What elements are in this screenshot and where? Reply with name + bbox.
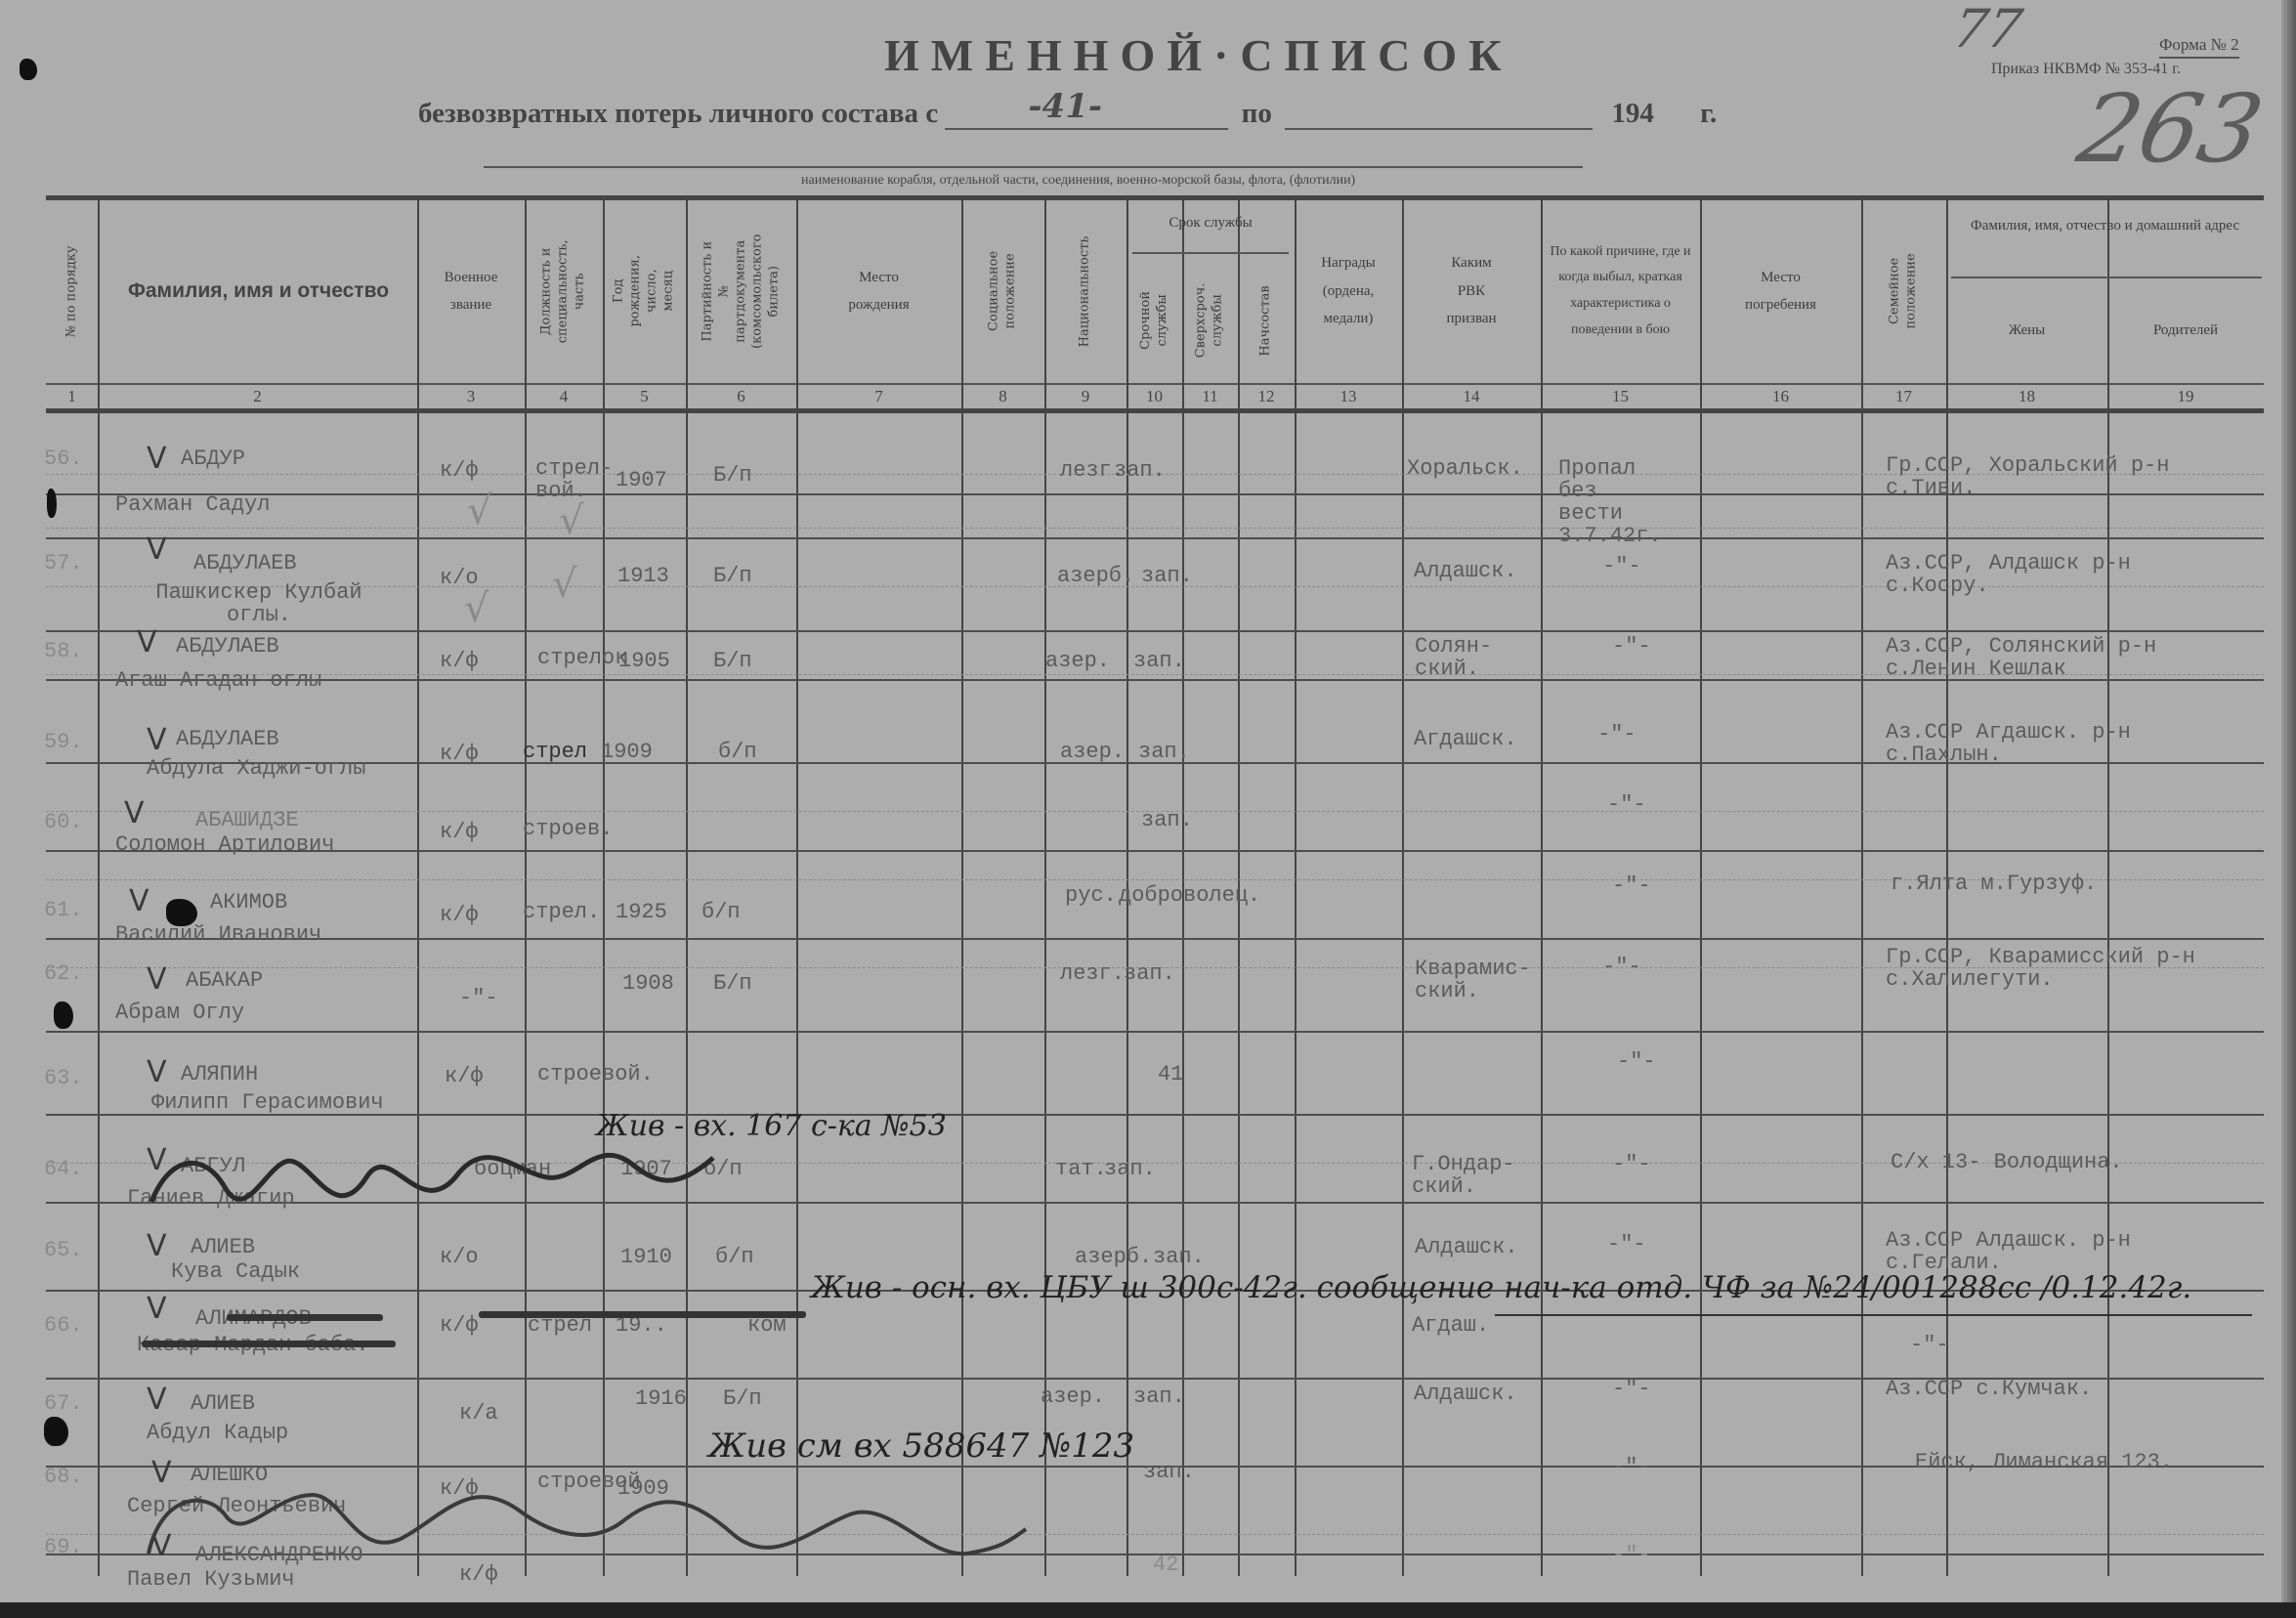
service: зап. xyxy=(1141,565,1193,587)
col-header-nationality: Национальность xyxy=(1044,200,1127,382)
rank: к/а xyxy=(459,1402,498,1425)
col-number: 3 xyxy=(417,387,525,408)
given-names: Пашкискер Кулбай оглы. xyxy=(127,581,391,626)
strikethrough xyxy=(142,1341,396,1347)
col-number: 5 xyxy=(603,387,686,408)
position: стрел-вой. xyxy=(535,457,604,502)
col-number: 11 xyxy=(1182,387,1238,408)
row-number: 68. xyxy=(44,1466,83,1488)
checkmark-icon: V xyxy=(147,1383,167,1417)
position: стрел. xyxy=(523,901,600,923)
nationality: тат. xyxy=(1055,1158,1107,1180)
given-names: Абдула Хаджи-оглы xyxy=(147,757,365,780)
position: строевой. xyxy=(537,1063,591,1086)
rvk: Хоральск. xyxy=(1407,457,1523,480)
handwritten-note: Жив - осн. вх. ЦБУ ш 300с-42г. сообщение… xyxy=(811,1270,2191,1305)
reason: -"- xyxy=(1612,1456,1651,1478)
surname: АБАШИДЗЕ xyxy=(195,809,299,831)
surname: АБДУЛАЕВ xyxy=(176,728,279,750)
checkmark-icon: V xyxy=(124,796,145,830)
reason: -"- xyxy=(1612,874,1651,897)
header-bottom-rule xyxy=(46,408,2264,413)
date-to-field xyxy=(1285,101,1593,130)
service: 42 xyxy=(1153,1554,1178,1576)
rank: к/ф xyxy=(445,1065,484,1087)
party: Б/п xyxy=(723,1387,762,1410)
handwritten-note: Жив - вх. 167 с-ка №53 xyxy=(596,1109,947,1143)
strikethrough xyxy=(479,1311,806,1318)
col-header-birthplace: Место рождения xyxy=(796,200,961,382)
checkmark-icon: V xyxy=(151,1529,172,1563)
position: строев. xyxy=(523,818,613,840)
address-group-label: Фамилия, имя, отчество и домашний адрес xyxy=(1946,211,2264,240)
row-number: 59. xyxy=(44,731,83,753)
col-header-regular-service: Срочной службы xyxy=(1127,259,1182,382)
checkmark-icon: V xyxy=(147,962,167,997)
document-title: ИМЕННОЙ·СПИСОК xyxy=(884,29,1512,81)
given-names: Кува Садык xyxy=(171,1260,300,1283)
subtitle-to: по xyxy=(1242,98,1272,129)
birth-year: 1913 xyxy=(617,565,669,587)
archive-stamp-number: 263 xyxy=(2069,74,2272,184)
wife-address: Ейск, Лиманская 123. xyxy=(1915,1451,2173,1473)
nationality: азер. xyxy=(1045,650,1110,672)
checkmark-icon: V xyxy=(147,532,167,567)
checkmark-icon: V xyxy=(147,1229,167,1263)
service: зап. xyxy=(1133,1385,1185,1408)
party: б/п xyxy=(715,1246,754,1268)
position: стрел xyxy=(523,741,587,763)
birth-year: 1910 xyxy=(620,1246,672,1268)
subtitle-prefix: безвозвратных потерь личного состава с xyxy=(418,98,938,129)
rank: к/ф xyxy=(440,743,479,765)
service: зап. xyxy=(1138,741,1190,763)
rank: к/ф xyxy=(440,821,479,843)
col-header-wife: Жены xyxy=(1946,278,2107,382)
year-prefix: 194 xyxy=(1611,98,1654,129)
col-header-rvk: Каким РВК призван xyxy=(1402,200,1541,382)
row-number: 66. xyxy=(44,1314,83,1337)
reason: -"- xyxy=(1602,956,1641,978)
service-term-group-label: Срок службы xyxy=(1127,215,1295,232)
col-header-birth: Год рождения, число, месяц xyxy=(603,200,686,382)
row-number: 56. xyxy=(44,447,83,470)
surname: АЛИЕВ xyxy=(191,1392,255,1415)
col-header-name: Фамилия, имя и отчество xyxy=(105,200,412,382)
reason: -"- xyxy=(1597,723,1637,745)
service: 41 xyxy=(1158,1063,1183,1086)
checkmark-icon: √ xyxy=(552,562,577,607)
surname: АЛЕКСАНДРЕНКО xyxy=(195,1544,363,1566)
rvk: Солян-ский. xyxy=(1415,635,1483,680)
underline xyxy=(1495,1314,2252,1316)
reason: -"- xyxy=(1612,1153,1651,1175)
wife-address: Аз.ССР, Алдашск р-н с.Косру. xyxy=(1886,552,2198,597)
row-number: 67. xyxy=(44,1392,83,1415)
ink-stain xyxy=(166,899,197,926)
col-number: 8 xyxy=(961,387,1044,408)
reason: -"- xyxy=(1612,1378,1651,1400)
col-header-social: Социальное положение xyxy=(961,200,1044,382)
nationality: азерб. xyxy=(1057,565,1134,587)
reason: -"- xyxy=(1612,635,1651,658)
row-number: 69. xyxy=(44,1536,83,1558)
header-number-rule xyxy=(46,383,2264,385)
service: зап. xyxy=(1153,1246,1205,1268)
col-number: 13 xyxy=(1295,387,1402,408)
document-sheet: 77 263 Форма № 2 Приказ НКВМФ № 353-41 г… xyxy=(0,0,2286,1602)
party: Б/п xyxy=(713,464,752,487)
col-header-command-staff: Начсостав xyxy=(1238,259,1295,382)
party: Б/п xyxy=(713,972,752,995)
row-number: 57. xyxy=(44,552,83,575)
wife-address: г.Ялта м.Гурзуф. xyxy=(1891,873,2097,895)
checkmark-icon: V xyxy=(147,723,167,757)
unit-name-line xyxy=(484,166,1583,168)
surname: АЛИЕВ xyxy=(191,1236,255,1258)
checkmark-icon: √ xyxy=(464,586,489,631)
checkmark-icon: V xyxy=(129,884,149,918)
nationality: рус. xyxy=(1065,884,1117,907)
given-names: Рахман Садул xyxy=(115,493,270,516)
col-number: 1 xyxy=(46,387,98,408)
wife-address: -"- xyxy=(1910,1334,1949,1356)
col-number: 17 xyxy=(1861,387,1946,408)
nationality: азер. xyxy=(1041,1385,1105,1408)
reason: -"- xyxy=(1617,1050,1656,1073)
document-subtitle: безвозвратных потерь личного состава с -… xyxy=(418,98,1717,130)
col-number: 14 xyxy=(1402,387,1541,408)
col-number: 18 xyxy=(1946,387,2107,408)
birth-year: 1907 xyxy=(616,469,667,491)
col-header-family: Семейное положение xyxy=(1861,200,1946,382)
ink-stain xyxy=(20,59,37,80)
nationality: азерб. xyxy=(1075,1246,1152,1268)
given-names: Филипп Герасимович xyxy=(151,1091,384,1114)
given-names: Абдул Кадыр xyxy=(147,1422,288,1444)
strikethrough xyxy=(227,1314,383,1321)
rvk: Алдашск. xyxy=(1415,1236,1518,1258)
checkmark-icon: V xyxy=(137,625,157,660)
reason: -"- xyxy=(1602,555,1641,577)
party: б/п xyxy=(718,741,757,763)
col-header-reason: По какой причине, где и когда выбыл, кра… xyxy=(1541,200,1700,382)
position: стрелок xyxy=(537,647,596,669)
wife-address: Аз.ССР, Солянский р-н с.Ленин Кешлак xyxy=(1886,635,2198,680)
order-reference: Приказ НКВМФ № 353-41 г. xyxy=(1991,61,2181,78)
col-header-extended-service: Сверхсроч. службы xyxy=(1182,259,1238,382)
rank: к/ф xyxy=(459,1563,498,1586)
given-names: Василий Иванович xyxy=(115,923,321,946)
party: б/п xyxy=(702,901,741,923)
birth-year: 1925 xyxy=(616,901,667,923)
col-number: 4 xyxy=(525,387,603,408)
reason: -"- xyxy=(1607,1233,1646,1256)
ink-stain xyxy=(44,1417,68,1446)
rvk: Алдашск. xyxy=(1414,1383,1517,1405)
row-number: 61. xyxy=(44,899,83,921)
birth-year: 1908 xyxy=(622,972,674,995)
handwritten-note: Жив см вх 588647 №123 xyxy=(708,1426,1134,1466)
group-rule xyxy=(1132,252,1289,254)
party: Б/п xyxy=(713,565,752,587)
reason: Пропал без вести 3.7.42г. xyxy=(1558,457,1671,547)
wife-address: Аз.ССР Алдашск. р-н с.Гелали. xyxy=(1886,1229,2198,1274)
col-header-position: Должность и специальность, часть xyxy=(525,200,603,382)
col-header-parents: Родителей xyxy=(2107,278,2264,382)
given-names: Агаш Агадан-оглы xyxy=(115,669,321,692)
col-number: 9 xyxy=(1044,387,1127,408)
given-names: Абрам Оглу xyxy=(115,1001,244,1024)
page-edge xyxy=(2281,0,2296,1618)
checkmark-icon: V xyxy=(147,1292,167,1326)
date-from-handwritten: -41- xyxy=(1028,87,1102,126)
form-number: Форма № 2 xyxy=(2159,35,2239,59)
rank: к/о xyxy=(440,1246,479,1268)
nationality: лезг. xyxy=(1060,962,1125,985)
ink-stain xyxy=(54,1001,73,1029)
col-number: 15 xyxy=(1541,387,1700,408)
ink-stain xyxy=(47,489,57,518)
row-number: 65. xyxy=(44,1239,83,1261)
rank: к/ф xyxy=(440,1314,479,1337)
birth-year: 1905 xyxy=(618,650,670,672)
col-header-party: Партийность и № партдокумента (комсомоль… xyxy=(686,200,796,382)
rank: к/ф xyxy=(440,459,479,482)
page-edge xyxy=(0,1602,2296,1618)
service: зап. xyxy=(1114,459,1166,482)
service: зап. xyxy=(1104,1158,1156,1180)
wife-address: С/х 13- Володщина. xyxy=(1891,1151,2123,1173)
reason: -"- xyxy=(1612,1544,1651,1566)
rvk: Агдашск. xyxy=(1414,728,1517,750)
surname: АБДУЛАЕВ xyxy=(176,635,279,658)
given-names: Соломон Артилович xyxy=(115,833,334,856)
checkmark-icon: √ xyxy=(559,498,584,543)
wavy-strikethrough xyxy=(147,1133,772,1212)
service: доброволец. xyxy=(1119,884,1260,907)
col-header-awards: Награды (ордена, медали) xyxy=(1295,200,1402,382)
checkmark-icon: V xyxy=(147,442,167,476)
col-header-number: № по порядку xyxy=(46,200,98,382)
service: зап. xyxy=(1133,650,1185,672)
given-names: Павел Кузьмич xyxy=(127,1568,295,1591)
row-number: 64. xyxy=(44,1158,83,1180)
row-number: 62. xyxy=(44,962,83,985)
col-header-rank: Военное звание xyxy=(417,200,525,382)
party: Б/п xyxy=(713,650,752,672)
row-number: 58. xyxy=(44,640,83,662)
birth-year: 1909 xyxy=(601,741,653,763)
col-number: 19 xyxy=(2107,387,2264,408)
rvk: Агдаш. xyxy=(1412,1314,1489,1337)
birth-year: 1916 xyxy=(635,1387,687,1410)
surname: АКИМОВ xyxy=(210,891,287,914)
row-number: 60. xyxy=(44,811,83,833)
rank: к/ф xyxy=(440,650,479,672)
service: зап. xyxy=(1124,962,1175,985)
surname: АЛЯПИН xyxy=(181,1063,258,1086)
col-number: 2 xyxy=(98,387,417,408)
rvk: Кварамис-ский. xyxy=(1415,958,1512,1002)
col-header-burial: Место погребения xyxy=(1700,200,1861,382)
date-from-field: -41- xyxy=(945,101,1228,130)
checkmark-icon: V xyxy=(147,1055,167,1089)
rank: -"- xyxy=(459,987,498,1009)
surname: АБАКАР xyxy=(186,969,263,992)
rvk: Г.Ондар-ский. xyxy=(1412,1153,1509,1198)
wife-address: Гр.ССР, Кварамисский р-н с.Халилегути. xyxy=(1886,946,2208,991)
col-number: 6 xyxy=(686,387,796,408)
col-number: 10 xyxy=(1127,387,1182,408)
checkmark-icon: √ xyxy=(467,489,492,533)
rvk: Алдашск. xyxy=(1414,560,1517,582)
wife-address: Гр.ССР, Хоральский р-н с.Тиви. xyxy=(1886,454,2198,499)
archive-sheet-number: 77 xyxy=(1948,0,2026,60)
service: зап. xyxy=(1141,809,1193,831)
reason: -"- xyxy=(1607,793,1646,816)
year-unit: г. xyxy=(1700,98,1717,129)
surname: АБДУЛАЕВ xyxy=(193,552,297,575)
col-number: 16 xyxy=(1700,387,1861,408)
wife-address: Аз.ССР Агдашск. р-н с.Пахлын. xyxy=(1886,721,2198,766)
col-number: 7 xyxy=(796,387,961,408)
unit-caption: наименование корабля, отдельной части, с… xyxy=(801,173,1355,189)
col-number: 12 xyxy=(1238,387,1295,408)
surname: АБДУР xyxy=(181,447,245,470)
row-number: 63. xyxy=(44,1067,83,1089)
wife-address: Аз.ССР с.Кумчак. xyxy=(1886,1378,2092,1400)
nationality: азер. xyxy=(1060,741,1125,763)
rank: к/ф xyxy=(440,904,479,926)
